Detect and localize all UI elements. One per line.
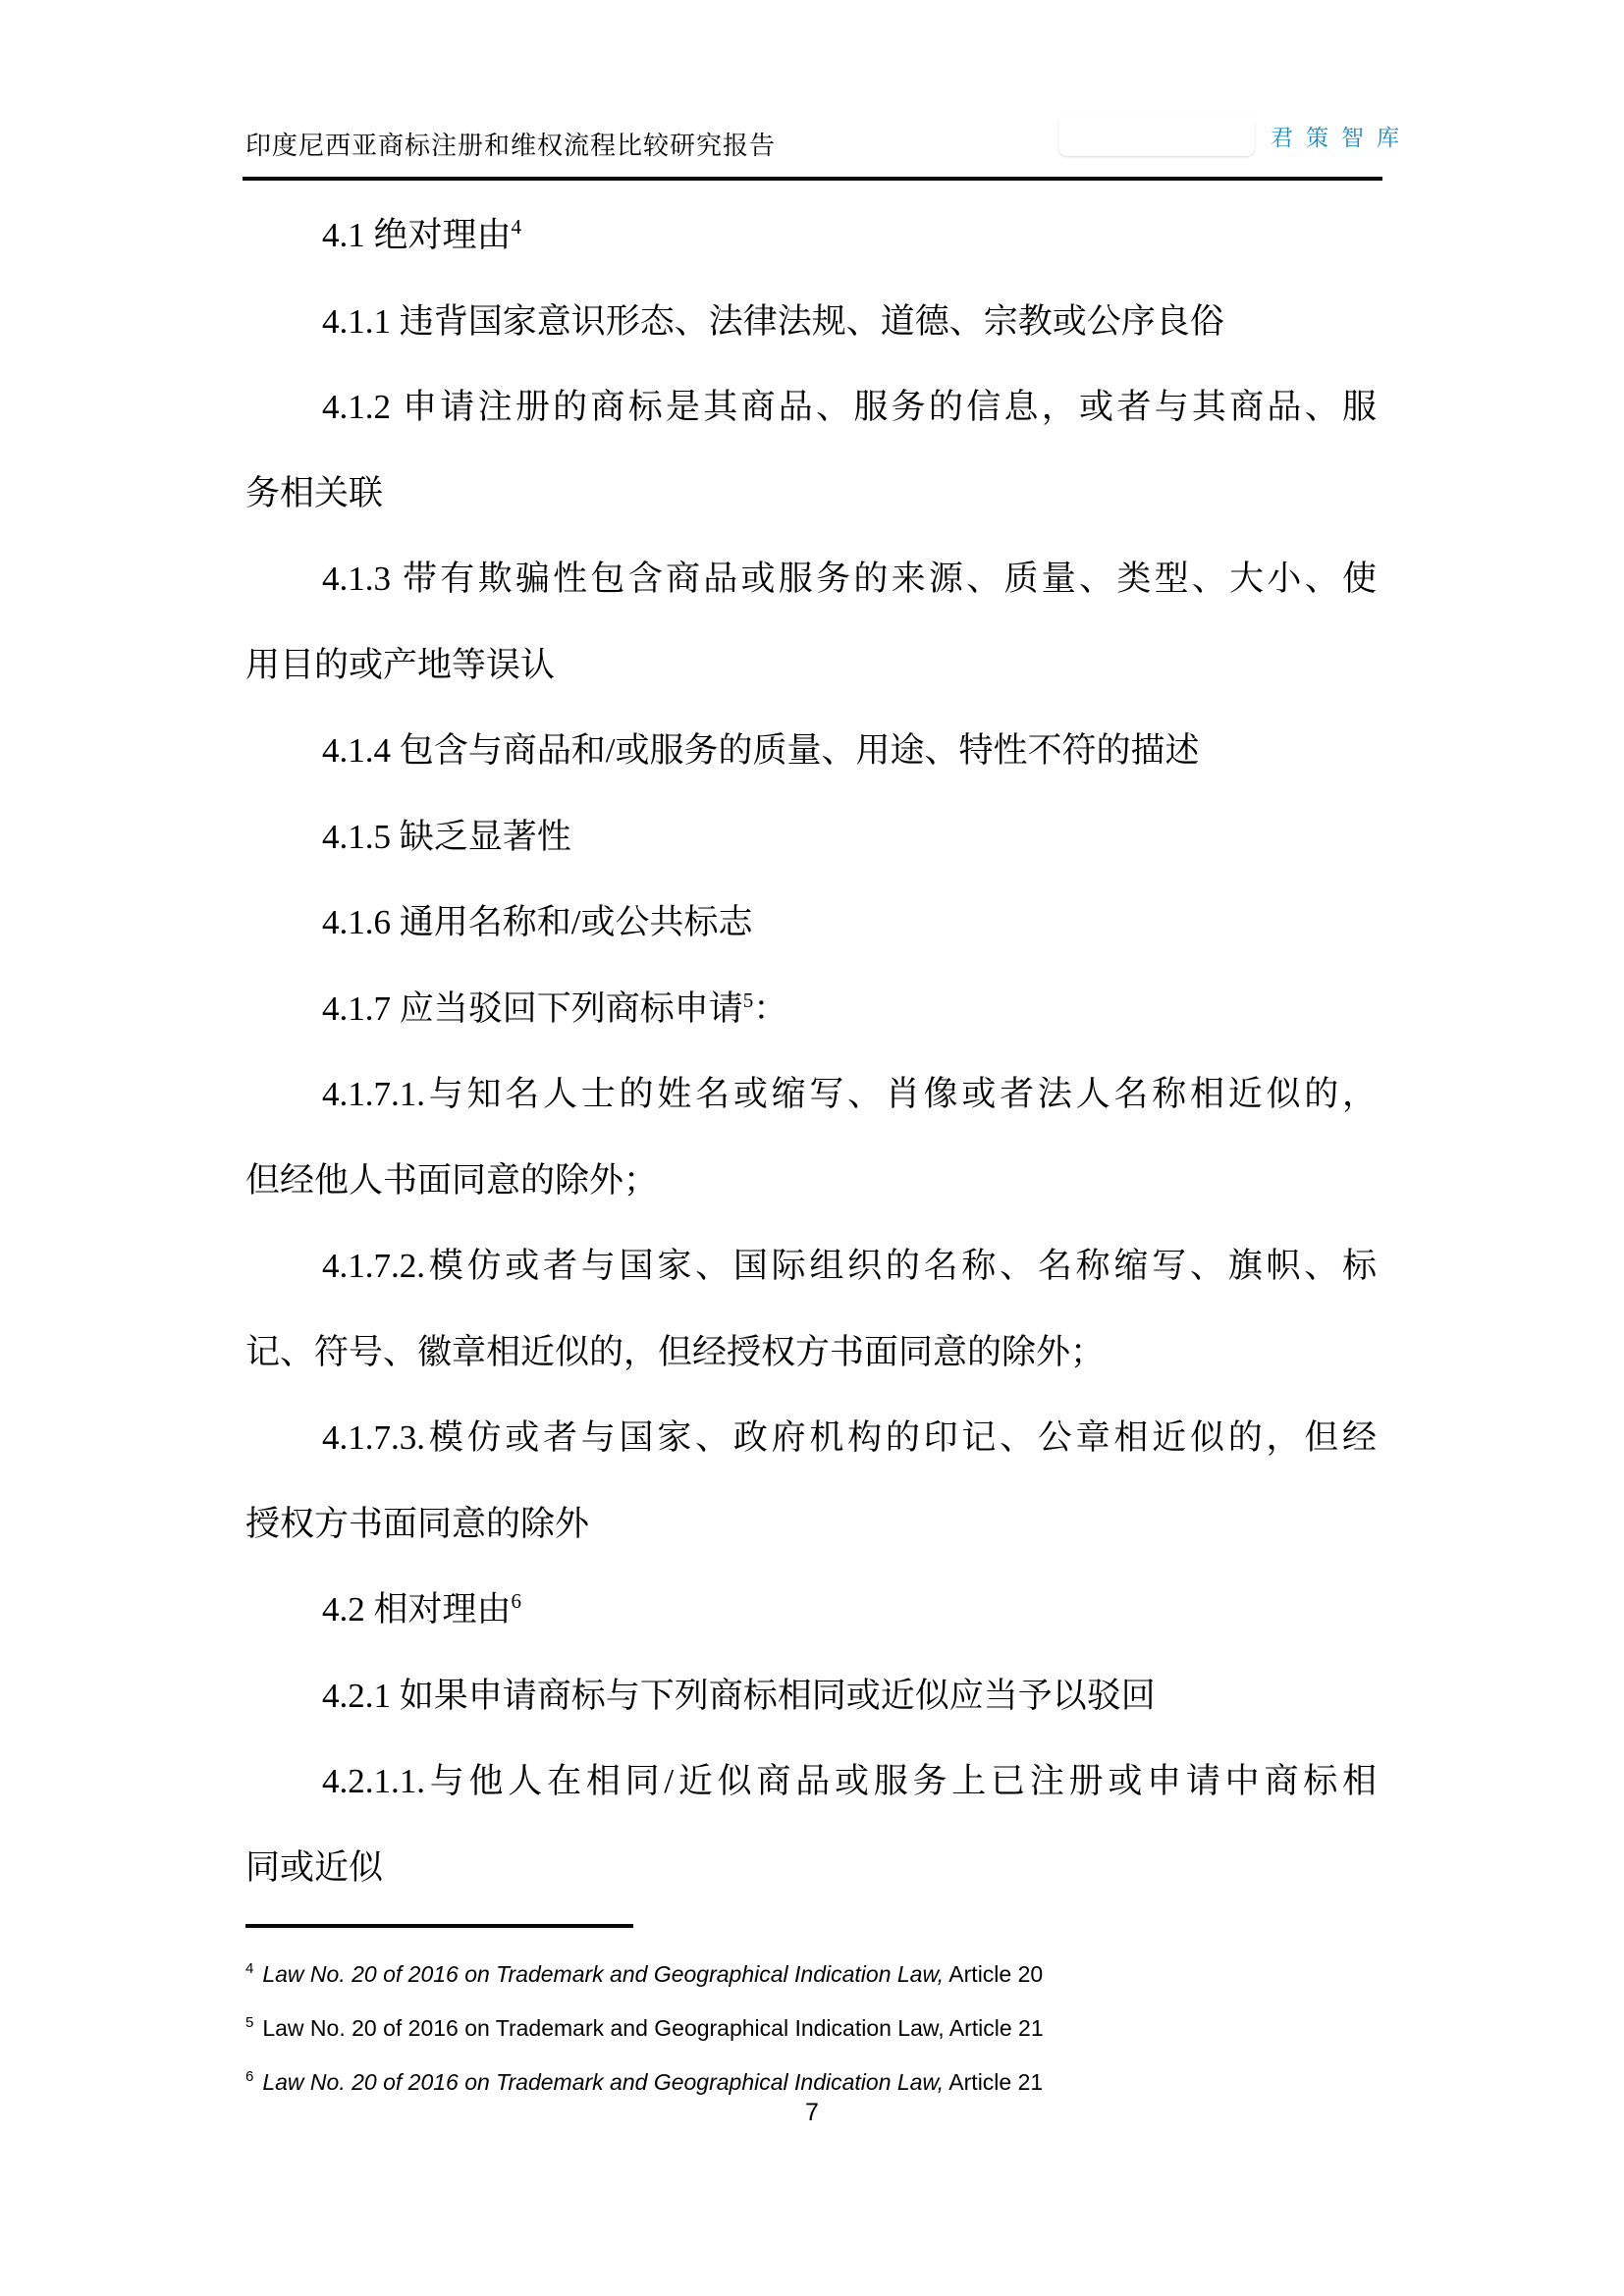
footnote-reference: 6 [512,1589,522,1613]
body-line-text: 4.1.5 缺乏显著性 [322,818,571,856]
logo-tile: T [1157,115,1190,156]
logo-tile: U [1091,115,1124,156]
logo-letter: S [1131,118,1149,148]
footnote-rest: Article 21 [944,2069,1043,2095]
body-line: 记、符号、徽章相近似的，但经授权方书面同意的除外； [245,1309,1377,1396]
logo-letter: U [1098,118,1117,148]
body-line-text: 授权方书面同意的除外 [245,1505,589,1543]
footnote-reference: 5 [743,988,754,1012]
body-line: 4.1.4 包含与商品和/或服务的质量、用途、特性不符的描述 [245,708,1377,794]
body-line-text: 4.2.1.1.与他人在相同/近似商品或服务上已注册或申请中商标相 [322,1762,1377,1800]
footnote-number: 4 [245,1960,253,1977]
body-line: 4.1.2 申请注册的商标是其商品、服务的信息，或者与其商品、服 [245,364,1377,451]
body-line-text: 4.1.6 通用名称和/或公共标志 [322,903,752,941]
body-line: 4.1.7.3.模仿或者与国家、政府机构的印记、公章相近似的，但经 [245,1395,1377,1481]
body-line-text: 4.1.7.2.模仿或者与国家、国际组织的名称、名称缩写、旗帜、标 [322,1247,1377,1285]
body-line-text: 用目的或产地等误认 [245,646,555,684]
body-line-text: 4.1.3 带有欺骗性包含商品或服务的来源、质量、类型、大小、使 [322,560,1377,598]
footnote-item: 5Law No. 20 of 2016 on Trademark and Geo… [245,2002,1473,2056]
body-line-text: 但经他人书面同意的除外； [245,1161,658,1200]
footnote-item: 4Law No. 20 of 2016 on Trademark and Geo… [245,1948,1473,2002]
body-line: 务相关联 [245,451,1377,537]
body-line-text: ： [753,989,787,1028]
logo-letter: A [1230,115,1248,143]
footnotes: 4Law No. 20 of 2016 on Trademark and Geo… [245,1948,1473,2109]
body-line: 4.1.7 应当驳回下列商标申请5： [245,966,1377,1052]
page-number: 7 [0,2093,1624,2132]
logo-wordmark: 君策智库 [1271,120,1412,152]
body-line: 4.1.7.1.与知名人士的姓名或缩写、肖像或者法人名称相近似的， [245,1051,1377,1138]
logo-tile: R [1189,115,1222,156]
footnote-rest: Article 21 [945,2015,1044,2041]
logo-tile: S [1123,115,1157,156]
body-lines: 4.1 绝对理由44.1.1 违背国家意识形态、法律法规、道德、宗教或公序良俗4… [245,192,1377,1910]
footnote-separator [245,1924,633,1928]
document-page: 印度尼西亚商标注册和维权流程比较研究报告 JUSTRA 君策智库 4.1 绝对理… [0,0,1624,2296]
body-line: 4.2.1 如果申请商标与下列商标相同或近似应当予以驳回 [245,1653,1377,1739]
logo-letter: T [1165,131,1182,157]
body-line: 同或近似 [245,1825,1377,1911]
body-line-text: 4.2 相对理由 [322,1590,512,1629]
body-line-text: 4.1.7.1.与知名人士的姓名或缩写、肖像或者法人名称相近似的， [322,1075,1377,1113]
body-line-text: 记、符号、徽章相近似的，但经授权方书面同意的除外； [245,1333,1105,1371]
body-line-text: 4.1.7 应当驳回下列商标申请 [322,989,743,1028]
footnote-rest: Article 20 [944,1961,1043,1987]
body-line: 4.1.7.2.模仿或者与国家、国际组织的名称、名称缩写、旗帜、标 [245,1223,1377,1309]
logo-letter: R [1197,123,1217,153]
body-line: 4.1.5 缺乏显著性 [245,794,1377,881]
footnote-title: Law No. 20 of 2016 on Trademark and Geog… [262,1961,944,1987]
body-line: 4.2 相对理由6 [245,1567,1377,1653]
logo-letter: J [1068,118,1082,148]
header-title: 印度尼西亚商标注册和维权流程比较研究报告 [245,126,776,162]
body-line-text: 4.1 绝对理由 [322,216,512,254]
body-line-text: 4.1.7.3.模仿或者与国家、政府机构的印记、公章相近似的，但经 [322,1418,1377,1457]
logo-tiles: JUSTRA [1058,115,1255,156]
body-line: 但经他人书面同意的除外； [245,1138,1377,1224]
footnote-title: Law No. 20 of 2016 on Trademark and Geog… [262,2015,944,2041]
body-line: 4.1.1 违背国家意识形态、法律法规、道德、宗教或公序良俗 [245,279,1377,365]
footnote-number: 5 [245,2014,253,2031]
body-line: 用目的或产地等误认 [245,622,1377,709]
body-line-text: 4.1.4 包含与商品和/或服务的质量、用途、特性不符的描述 [322,731,1199,770]
footnote-title: Law No. 20 of 2016 on Trademark and Geog… [262,2069,944,2095]
header-rule [243,177,1382,181]
body-line: 4.1.3 带有欺骗性包含商品或服务的来源、质量、类型、大小、使 [245,536,1377,622]
body-line-text: 务相关联 [245,474,383,512]
footnote-number: 6 [245,2068,253,2085]
footnote-reference: 4 [512,215,522,239]
logo-tile: A [1222,115,1256,156]
body-line-text: 4.2.1 如果申请商标与下列商标相同或近似应当予以驳回 [322,1677,1156,1715]
body-line: 4.2.1.1.与他人在相同/近似商品或服务上已注册或申请中商标相 [245,1738,1377,1825]
body-line: 4.1.6 通用名称和/或公共标志 [245,880,1377,966]
body-line: 授权方书面同意的除外 [245,1481,1377,1568]
body-line-text: 4.1.2 申请注册的商标是其商品、服务的信息，或者与其商品、服 [322,388,1377,426]
body-line-text: 同或近似 [245,1848,383,1887]
justra-logo: JUSTRA 君策智库 [1058,115,1412,156]
logo-tile: J [1058,115,1091,156]
body-line: 4.1 绝对理由4 [245,192,1377,279]
body-line-text: 4.1.1 违背国家意识形态、法律法规、道德、宗教或公序良俗 [322,302,1224,341]
